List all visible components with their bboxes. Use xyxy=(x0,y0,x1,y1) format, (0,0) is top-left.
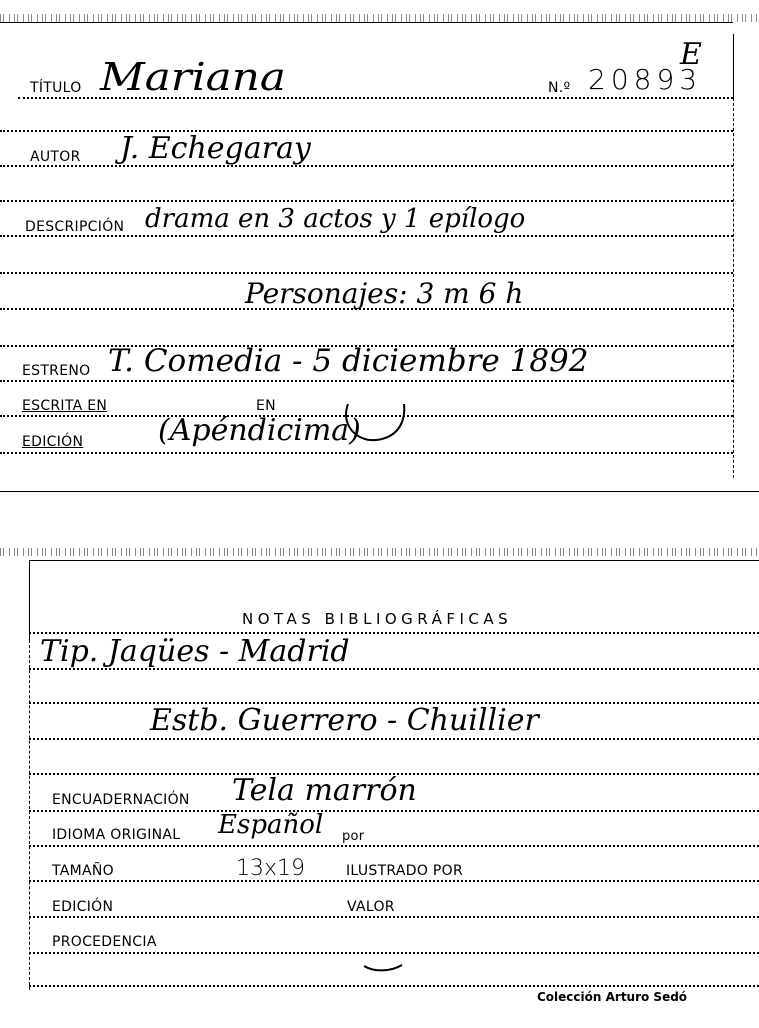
value-estreno: T. Comedia - 5 diciembre 1892 xyxy=(108,346,589,377)
label-escrita-en: ESCRITA EN xyxy=(22,399,107,413)
card-top-edge xyxy=(0,22,733,23)
card-right-border-dotted xyxy=(733,98,734,478)
value-autor: J. Echegaray xyxy=(120,134,311,164)
rule-descripcion xyxy=(0,235,733,237)
label-autor: AUTOR xyxy=(30,150,81,164)
value-personajes: Personajes: 3 m 6 h xyxy=(245,280,523,308)
rule-blank-1 xyxy=(0,130,733,132)
card-bottom-left-border-dotted xyxy=(29,640,30,990)
label-encuadernacion: ENCUADERNACIÓN xyxy=(52,793,190,807)
rule-edicion-bottom xyxy=(29,916,759,918)
rule-procedencia xyxy=(29,952,759,954)
note-line-2: Estb. Guerrero - Chuillier xyxy=(150,706,539,736)
value-titulo: Mariana xyxy=(100,58,286,96)
value-encuadernacion: Tela marrón xyxy=(232,776,417,806)
label-ilustrado-por: ILUSTRADO POR xyxy=(346,864,463,878)
rule-last xyxy=(29,985,759,987)
rule-note-2 xyxy=(29,738,759,740)
rule-tamano xyxy=(29,880,759,882)
card-bottom-top-edge xyxy=(29,560,759,561)
rule-edicion xyxy=(0,452,733,454)
value-tamano: 13x19 xyxy=(236,858,305,880)
value-edicion: (Apéndicima) xyxy=(158,416,361,446)
label-edicion: EDICIÓN xyxy=(22,435,83,449)
card-top-bottom-edge xyxy=(0,491,759,492)
value-numero: 20893 xyxy=(588,66,702,94)
scan-noise-bottom xyxy=(0,548,759,556)
rule-encuadernacion xyxy=(29,810,759,812)
rule-blank-2 xyxy=(0,200,733,202)
label-valor: VALOR xyxy=(347,900,395,914)
label-por: por xyxy=(342,830,364,843)
rule-autor xyxy=(0,165,733,167)
label-procedencia: PROCEDENCIA xyxy=(52,935,157,949)
label-edicion-bottom: EDICIÓN xyxy=(52,900,113,914)
label-escrita-en-2: EN xyxy=(256,399,276,413)
label-estreno: ESTRENO xyxy=(22,364,90,378)
value-descripcion: drama en 3 actos y 1 epílogo xyxy=(145,206,525,232)
label-numero: N.º xyxy=(548,81,570,95)
value-idioma-original: Español xyxy=(218,812,323,838)
curve-mark-icon xyxy=(362,962,406,976)
label-titulo: TÍTULO xyxy=(30,81,82,95)
scan-noise-top xyxy=(0,14,759,22)
label-idioma-original: IDIOMA ORIGINAL xyxy=(52,828,180,842)
label-tamano: TAMAÑO xyxy=(52,864,114,878)
card-right-border xyxy=(733,34,734,98)
notes-heading: NOTAS BIBLIOGRÁFICAS xyxy=(242,610,512,628)
card-bottom-left-border xyxy=(29,560,30,640)
rule-estreno xyxy=(0,380,733,382)
label-descripcion: DESCRIPCIÓN xyxy=(25,220,124,234)
note-line-1: Tip. Jaqües - Madrid xyxy=(40,637,350,667)
rule-blank-3 xyxy=(0,272,733,274)
collection-footer: Colección Arturo Sedó xyxy=(537,990,687,1004)
rule-idioma xyxy=(29,845,759,847)
